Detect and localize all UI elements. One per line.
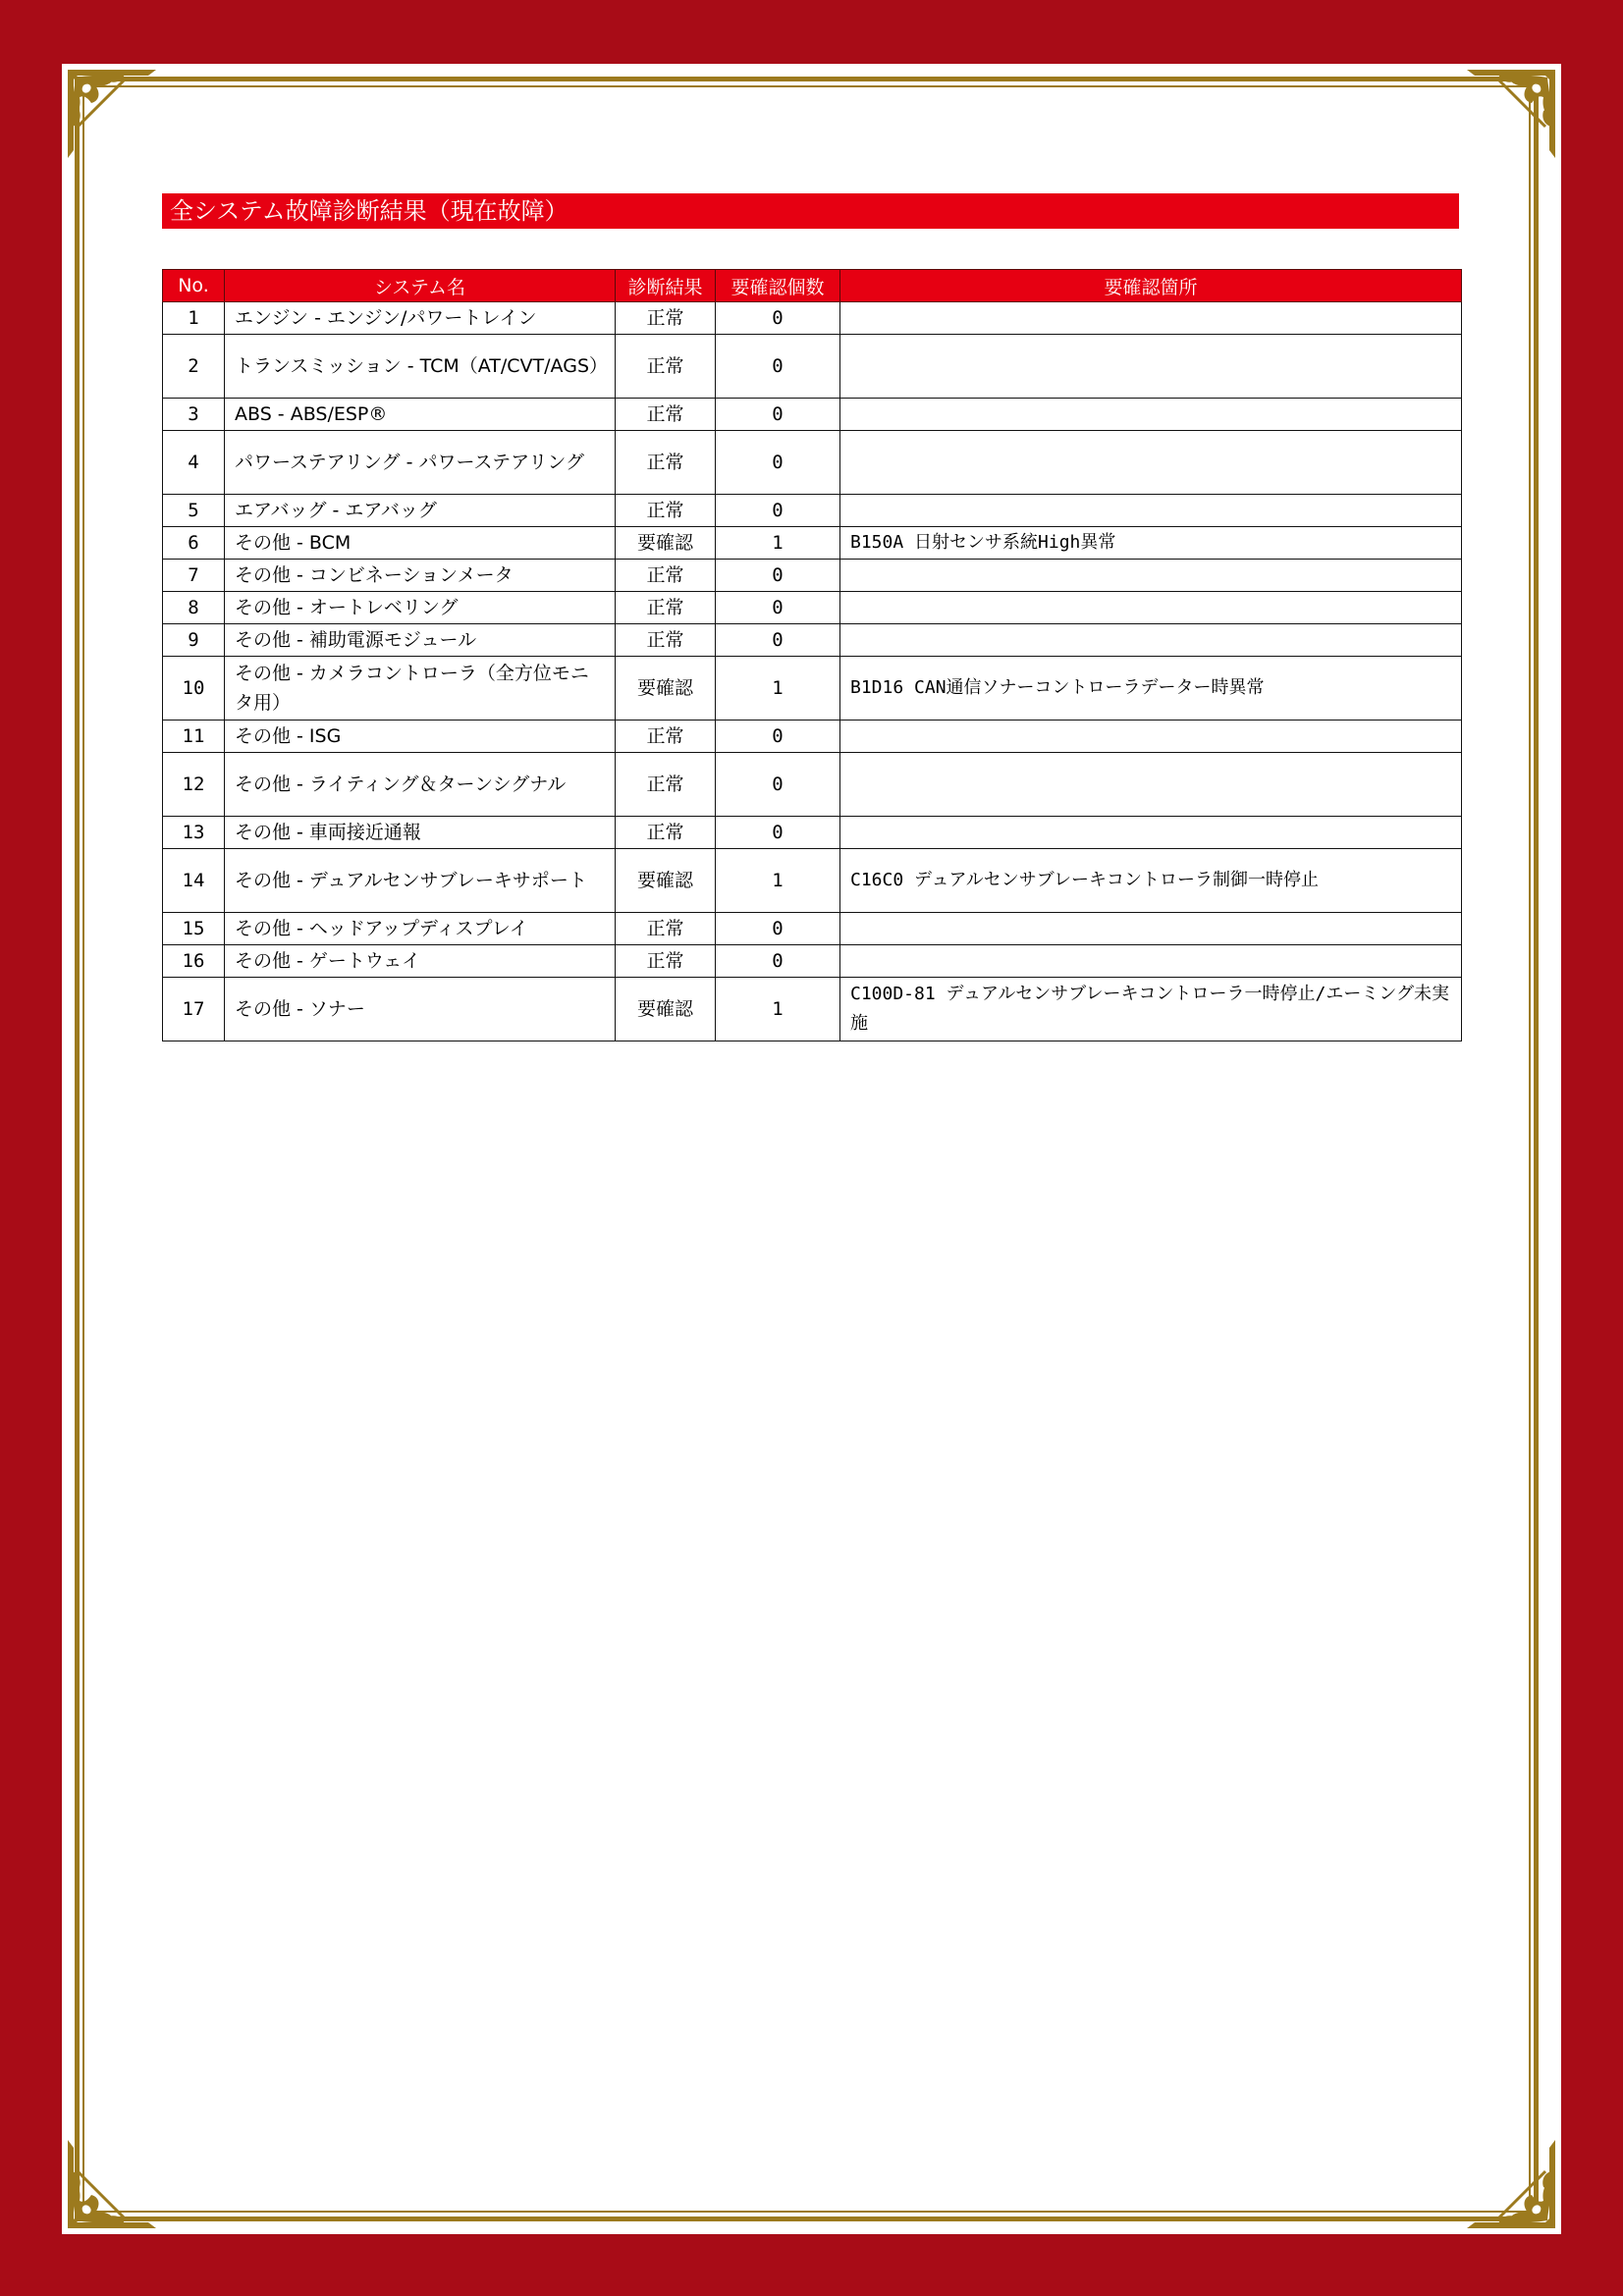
table-row: 9その他 - 補助電源モジュール正常0	[163, 624, 1462, 657]
row-count: 0	[716, 817, 840, 849]
row-location	[840, 592, 1462, 624]
row-result: 要確認	[616, 978, 716, 1041]
row-count: 0	[716, 624, 840, 657]
row-location	[840, 302, 1462, 335]
row-no: 4	[163, 431, 225, 495]
table-row: 4パワーステアリング - パワーステアリング正常0	[163, 431, 1462, 495]
row-count: 0	[716, 302, 840, 335]
row-system-name: その他 - ISG	[225, 721, 616, 753]
row-system-name: エアバッグ - エアバッグ	[225, 495, 616, 527]
row-no: 14	[163, 849, 225, 913]
ornament-corner-icon	[1467, 68, 1557, 158]
page-title: 全システム故障診断結果（現在故障）	[162, 193, 1459, 229]
row-location	[840, 913, 1462, 945]
table-row: 7その他 - コンビネーションメータ正常0	[163, 560, 1462, 592]
table-row: 6その他 - BCM要確認1B150A 日射センサ系統High異常	[163, 527, 1462, 560]
row-system-name: その他 - BCM	[225, 527, 616, 560]
row-location	[840, 560, 1462, 592]
ornament-corner-icon	[66, 2140, 156, 2230]
row-count: 0	[716, 592, 840, 624]
row-result: 要確認	[616, 657, 716, 721]
row-system-name: その他 - コンビネーションメータ	[225, 560, 616, 592]
row-result: 正常	[616, 302, 716, 335]
table-row: 14その他 - デュアルセンサブレーキサポート要確認1C16C0 デュアルセンサ…	[163, 849, 1462, 913]
table-row: 8その他 - オートレベリング正常0	[163, 592, 1462, 624]
row-count: 0	[716, 335, 840, 399]
row-system-name: その他 - ソナー	[225, 978, 616, 1041]
row-result: 正常	[616, 560, 716, 592]
row-no: 11	[163, 721, 225, 753]
row-no: 10	[163, 657, 225, 721]
ornament-corner-icon	[1467, 2140, 1557, 2230]
row-count: 1	[716, 978, 840, 1041]
row-result: 正常	[616, 624, 716, 657]
ornament-corner-icon	[66, 68, 156, 158]
row-location	[840, 399, 1462, 431]
row-count: 0	[716, 431, 840, 495]
table-row: 2トランスミッション - TCM（AT/CVT/AGS）正常0	[163, 335, 1462, 399]
row-location	[840, 335, 1462, 399]
row-location: C100D-81 デュアルセンサブレーキコントローラ一時停止/エーミング未実施	[840, 978, 1462, 1041]
row-no: 9	[163, 624, 225, 657]
row-no: 8	[163, 592, 225, 624]
row-result: 正常	[616, 431, 716, 495]
row-no: 6	[163, 527, 225, 560]
row-location	[840, 721, 1462, 753]
row-no: 13	[163, 817, 225, 849]
table-row: 17その他 - ソナー要確認1C100D-81 デュアルセンサブレーキコントロー…	[163, 978, 1462, 1041]
row-location	[840, 431, 1462, 495]
row-no: 2	[163, 335, 225, 399]
header-location: 要確認箇所	[840, 270, 1462, 302]
row-no: 16	[163, 945, 225, 978]
table-body: 1エンジン - エンジン/パワートレイン正常02トランスミッション - TCM（…	[163, 302, 1462, 1041]
row-system-name: その他 - 車両接近通報	[225, 817, 616, 849]
row-system-name: エンジン - エンジン/パワートレイン	[225, 302, 616, 335]
row-system-name: その他 - ライティング＆ターンシグナル	[225, 753, 616, 817]
row-no: 17	[163, 978, 225, 1041]
row-location: B150A 日射センサ系統High異常	[840, 527, 1462, 560]
row-count: 0	[716, 399, 840, 431]
row-system-name: その他 - 補助電源モジュール	[225, 624, 616, 657]
row-count: 1	[716, 527, 840, 560]
row-count: 1	[716, 657, 840, 721]
row-no: 5	[163, 495, 225, 527]
row-no: 1	[163, 302, 225, 335]
row-location	[840, 624, 1462, 657]
row-system-name: ABS - ABS/ESP®	[225, 399, 616, 431]
table-row: 11その他 - ISG正常0	[163, 721, 1462, 753]
row-location	[840, 817, 1462, 849]
table-row: 10その他 - カメラコントローラ（全方位モニタ用）要確認1B1D16 CAN通…	[163, 657, 1462, 721]
row-location: B1D16 CAN通信ソナーコントローラデーター時異常	[840, 657, 1462, 721]
row-location: C16C0 デュアルセンサブレーキコントローラ制御一時停止	[840, 849, 1462, 913]
header-count: 要確認個数	[716, 270, 840, 302]
row-result: 正常	[616, 721, 716, 753]
row-count: 0	[716, 560, 840, 592]
row-result: 正常	[616, 399, 716, 431]
row-system-name: その他 - オートレベリング	[225, 592, 616, 624]
row-count: 0	[716, 945, 840, 978]
row-count: 0	[716, 753, 840, 817]
row-location	[840, 945, 1462, 978]
table-row: 1エンジン - エンジン/パワートレイン正常0	[163, 302, 1462, 335]
row-system-name: その他 - デュアルセンサブレーキサポート	[225, 849, 616, 913]
row-result: 正常	[616, 753, 716, 817]
row-no: 3	[163, 399, 225, 431]
row-count: 0	[716, 913, 840, 945]
row-result: 正常	[616, 913, 716, 945]
header-system-name: システム名	[225, 270, 616, 302]
row-no: 15	[163, 913, 225, 945]
table-row: 16その他 - ゲートウェイ正常0	[163, 945, 1462, 978]
row-no: 12	[163, 753, 225, 817]
header-result: 診断結果	[616, 270, 716, 302]
row-system-name: その他 - カメラコントローラ（全方位モニタ用）	[225, 657, 616, 721]
row-result: 正常	[616, 945, 716, 978]
row-system-name: トランスミッション - TCM（AT/CVT/AGS）	[225, 335, 616, 399]
table-row: 3ABS - ABS/ESP®正常0	[163, 399, 1462, 431]
row-result: 要確認	[616, 849, 716, 913]
header-no: No.	[163, 270, 225, 302]
row-location	[840, 495, 1462, 527]
table-row: 12その他 - ライティング＆ターンシグナル正常0	[163, 753, 1462, 817]
row-result: 正常	[616, 495, 716, 527]
row-count: 1	[716, 849, 840, 913]
table-row: 5エアバッグ - エアバッグ正常0	[163, 495, 1462, 527]
row-result: 正常	[616, 817, 716, 849]
row-system-name: パワーステアリング - パワーステアリング	[225, 431, 616, 495]
row-no: 7	[163, 560, 225, 592]
row-count: 0	[716, 495, 840, 527]
row-location	[840, 753, 1462, 817]
diagnosis-table: No. システム名 診断結果 要確認個数 要確認箇所 1エンジン - エンジン/…	[162, 269, 1462, 1041]
row-result: 正常	[616, 592, 716, 624]
row-count: 0	[716, 721, 840, 753]
table-row: 13その他 - 車両接近通報正常0	[163, 817, 1462, 849]
row-result: 要確認	[616, 527, 716, 560]
row-result: 正常	[616, 335, 716, 399]
row-system-name: その他 - ヘッドアップディスプレイ	[225, 913, 616, 945]
table-header-row: No. システム名 診断結果 要確認個数 要確認箇所	[163, 270, 1462, 302]
table-row: 15その他 - ヘッドアップディスプレイ正常0	[163, 913, 1462, 945]
row-system-name: その他 - ゲートウェイ	[225, 945, 616, 978]
